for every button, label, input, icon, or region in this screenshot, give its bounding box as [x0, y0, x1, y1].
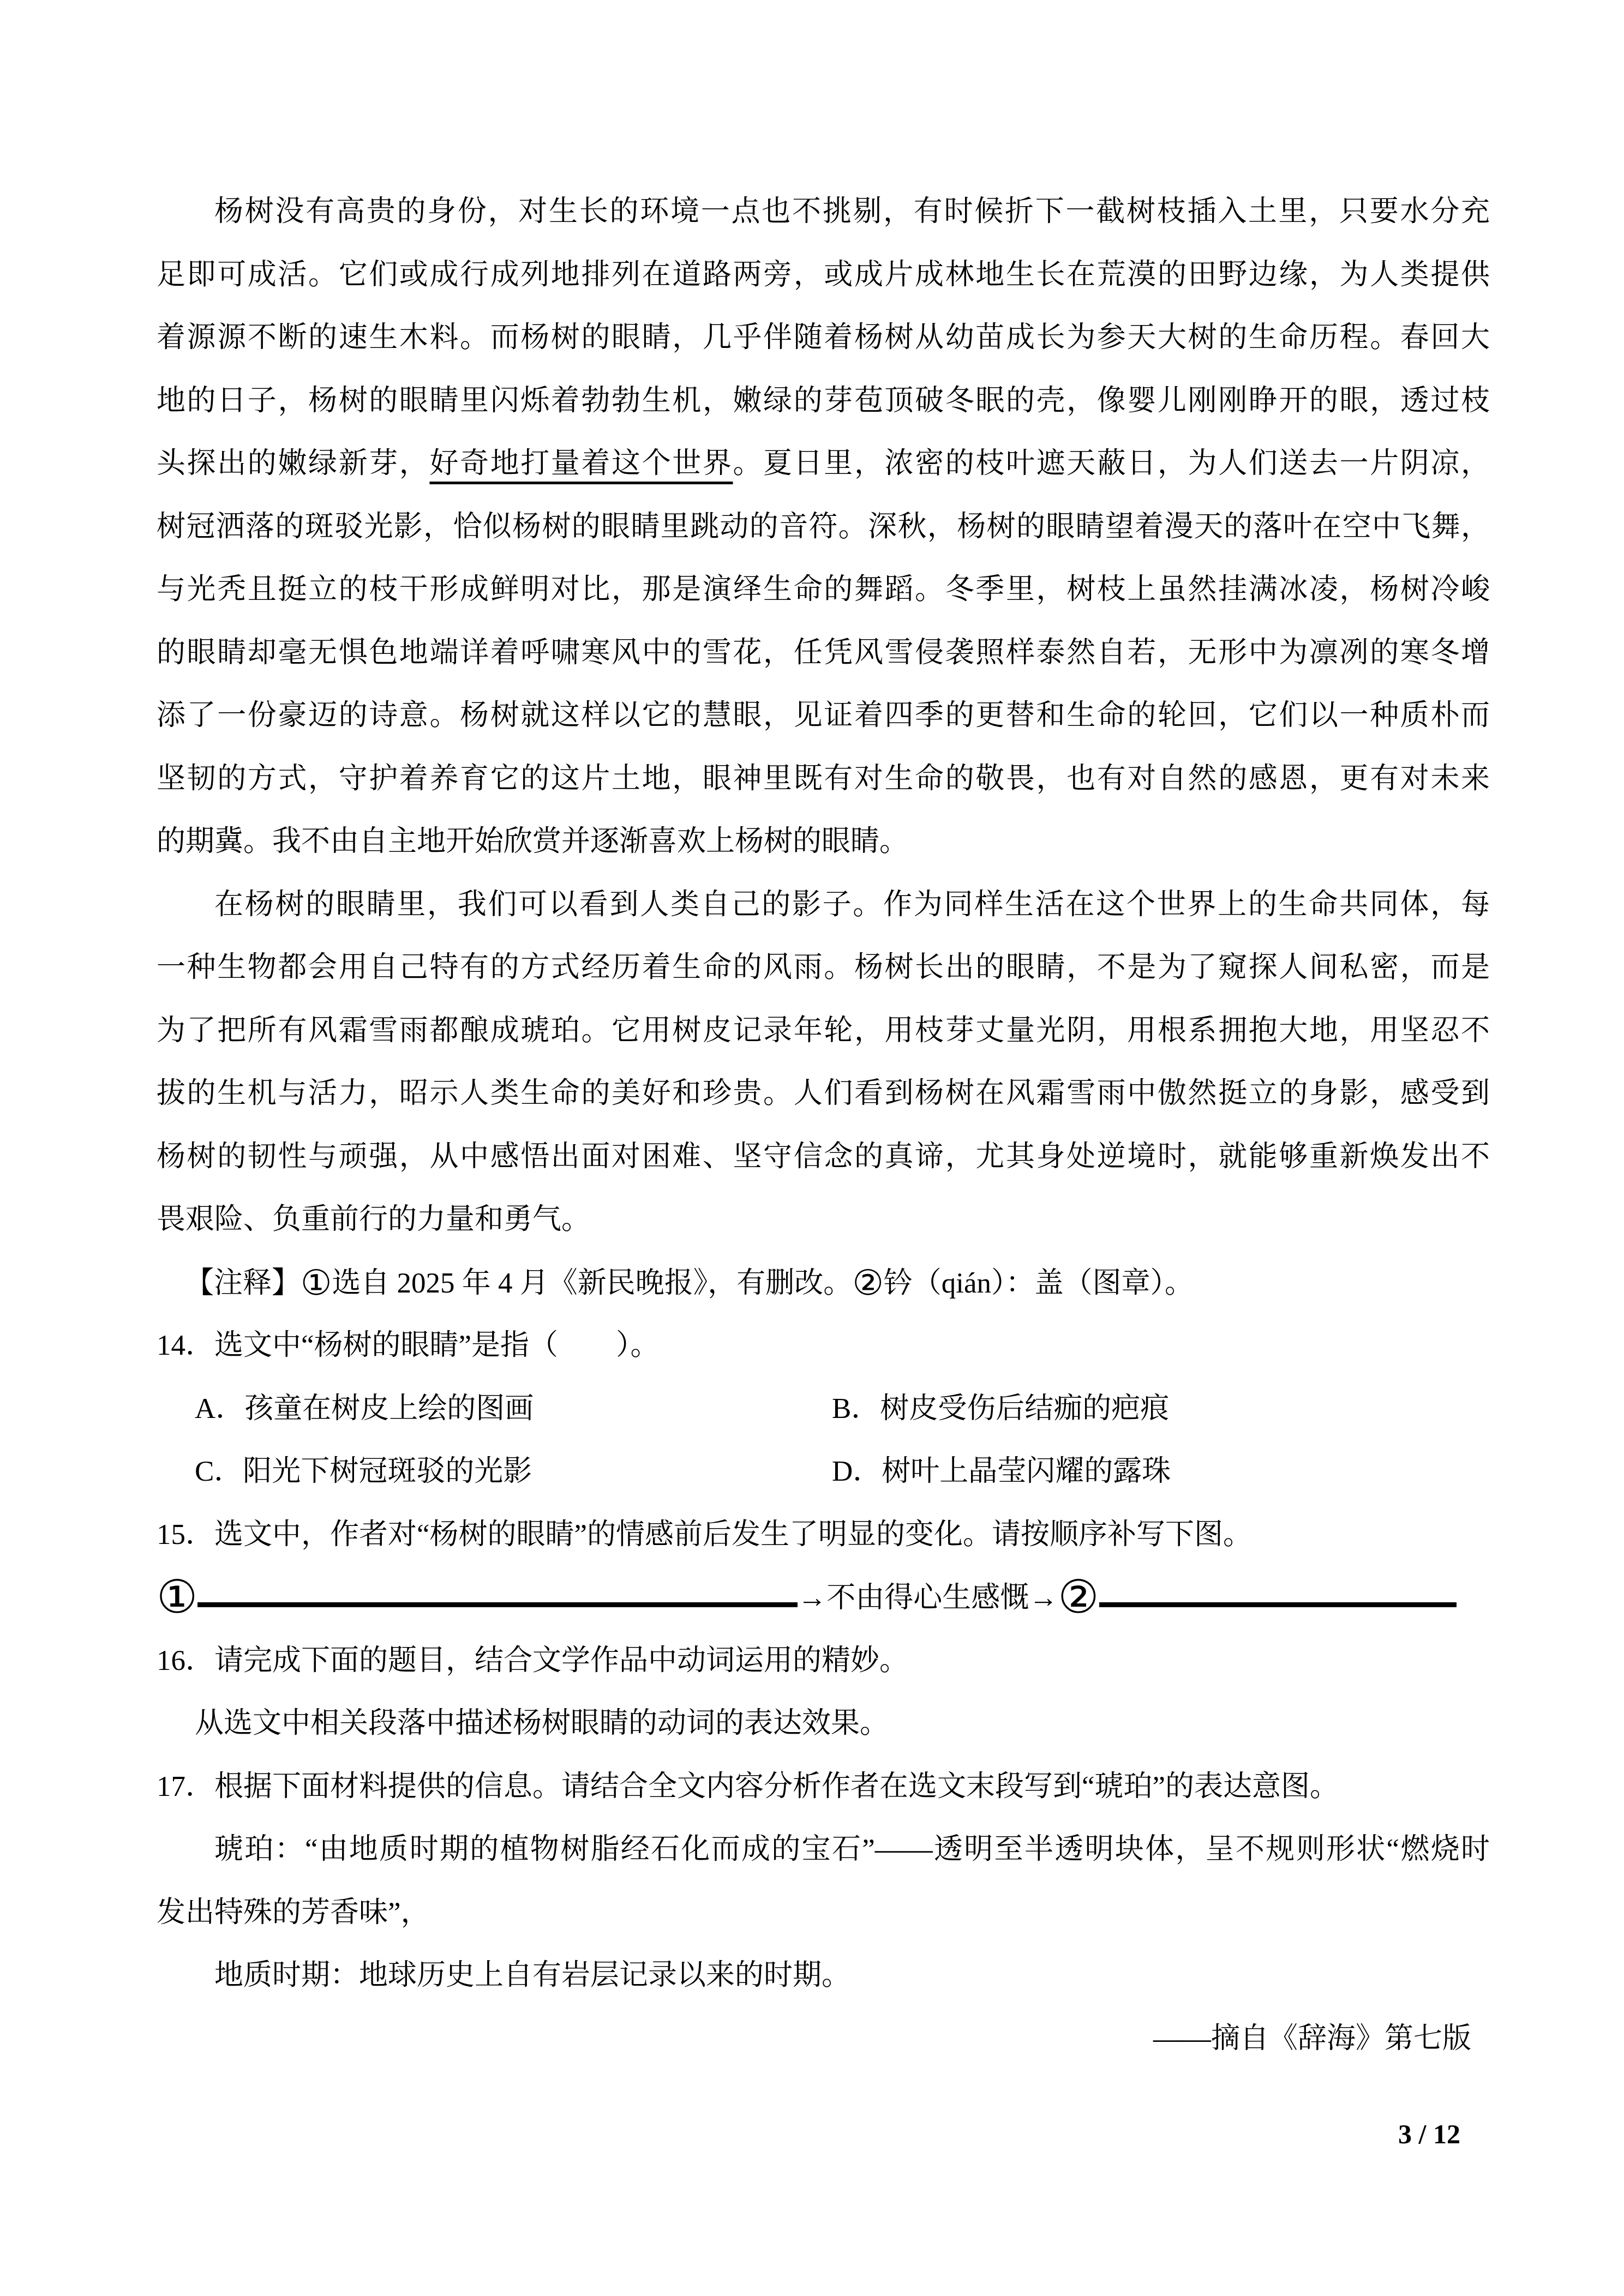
essay-paragraph2-line: 一种生物都会用自己特有的方式经历着生命的风雨。杨树长出的眼睛，不是为了窥探人间私…: [157, 936, 1490, 1000]
exam-page: 杨树没有高贵的身份，对生长的环境一点也不挑剔，有时候折下一截树枝插入土里，只要水…: [0, 0, 1624, 2296]
question-17-material-line: 发出特殊的芳香味”，: [157, 1882, 1490, 1945]
option-a: A．孩童在树皮上绘的图画: [195, 1393, 534, 1425]
essay-text: 头探出的嫩绿新芽，: [157, 448, 429, 479]
essay-paragraph1-line: 足即可成活。它们或成行成列地排列在道路两旁，或成片成林地生长在荒漠的田野边缘，为…: [157, 244, 1490, 307]
underlined-phrase: 好奇地打量着这个世界: [429, 448, 733, 479]
question-14-stem: 14．选文中“杨树的眼睛”是指（ ）。: [157, 1314, 1490, 1378]
page-number: 3 / 12: [1398, 2118, 1460, 2150]
essay-paragraph2-line: 杨树的韧性与顽强，从中感悟出面对困难、坚守信念的真谛，尤其身处逆境时，就能够重新…: [157, 1126, 1490, 1189]
essay-paragraph2-line: 拔的生机与活力，昭示人类生命的美好和珍贵。人们看到杨树在风霜雪雨中傲然挺立的身影…: [157, 1062, 1490, 1126]
essay-paragraph1-line-with-underline: 头探出的嫩绿新芽，好奇地打量着这个世界。夏日里，浓密的枝叶遮天蔽日，为人们送去一…: [157, 432, 1490, 496]
footnote-line: 【注释】①选自 2025 年 4 月《新民晚报》，有删改。②钤（qián）：盖（…: [157, 1252, 1490, 1315]
option-d: D．树叶上晶莹闪耀的露珠: [832, 1440, 1171, 1504]
circled-number-1-icon: ①: [301, 1264, 332, 1302]
question-17-stem: 17．根据下面材料提供的信息。请结合全文内容分析作者在选文末段写到“琥珀”的表达…: [157, 1756, 1490, 1819]
essay-paragraph2-line: 为了把所有风霜雪雨都酿成琥珀。它用树皮记录年轮，用枝芽丈量光阴，用根系拥抱大地，…: [157, 1000, 1490, 1063]
question-15-stem: 15．选文中，作者对“杨树的眼睛”的情感前后发生了明显的变化。请按顺序补写下图。: [157, 1504, 1490, 1567]
essay-paragraph1-line: 的眼睛却毫无惧色地端详着呼啸寒风中的雪花，任凭风雪侵袭照样泰然自若，无形中为凛冽…: [157, 622, 1490, 685]
question-16-subtask: 从选文中相关段落中描述杨树眼睛的动词的表达效果。: [157, 1692, 1490, 1756]
essay-paragraph2-line: 畏艰险、负重前行的力量和勇气。: [157, 1188, 1490, 1252]
question-15-diagram: ①→不由得心生感慨→②: [157, 1566, 1490, 1630]
footnote-text: 选自 2025 年 4 月《新民晚报》，有删改。: [332, 1267, 852, 1299]
essay-paragraph1-line: 树冠洒落的斑驳光影，恰似杨树的眼睛里跳动的音符。深秋，杨树的眼睛望着漫天的落叶在…: [157, 496, 1490, 559]
essay-paragraph1-line: 的期冀。我不由自主地开始欣赏并逐渐喜欢上杨树的眼睛。: [157, 810, 1490, 874]
footnote-label: 【注释】: [185, 1267, 301, 1299]
material-source-attribution: ——摘自《辞海》第七版: [157, 2008, 1490, 2071]
answer-blank-1: [197, 1602, 798, 1607]
option-b: B．树皮受伤后结痂的疤痕: [832, 1378, 1169, 1441]
footnote-text: 钤（qián）：盖（图章）。: [884, 1267, 1194, 1299]
question-14-options-row-2: C．阳光下树冠斑驳的光影D．树叶上晶莹闪耀的露珠: [157, 1440, 1490, 1504]
answer-blank-2: [1099, 1602, 1457, 1607]
exam-content: 杨树没有高贵的身份，对生长的环境一点也不挑剔，有时候折下一截树枝插入土里，只要水…: [157, 181, 1490, 2070]
question-16-stem: 16．请完成下面的题目，结合文学作品中动词运用的精妙。: [157, 1630, 1490, 1693]
essay-paragraph1-line: 地的日子，杨树的眼睛里闪烁着勃勃生机，嫩绿的芽苞顶破冬眠的壳，像婴儿刚刚睁开的眼…: [157, 370, 1490, 433]
essay-paragraph1-line: 与光秃且挺立的枝干形成鲜明对比，那是演绎生命的舞蹈。冬季里，树枝上虽然挂满冰凌，…: [157, 558, 1490, 622]
option-c: C．阳光下树冠斑驳的光影: [195, 1456, 532, 1487]
circled-number-2-icon: ②: [1058, 1572, 1099, 1623]
essay-paragraph1-line: 添了一份豪迈的诗意。杨树就这样以它的慧眼，见证着四季的更替和生命的轮回，它们以一…: [157, 684, 1490, 748]
essay-paragraph2-line: 在杨树的眼睛里，我们可以看到人类自己的影子。作为同样生活在这个世界上的生命共同体…: [157, 874, 1490, 937]
essay-text: 。夏日里，浓密的枝叶遮天蔽日，为人们送去一片阴凉，: [733, 448, 1490, 479]
circled-number-2-icon: ②: [852, 1264, 883, 1302]
question-14-options-row-1: A．孩童在树皮上绘的图画B．树皮受伤后结痂的疤痕: [157, 1378, 1490, 1441]
essay-paragraph1-line: 杨树没有高贵的身份，对生长的环境一点也不挑剔，有时候折下一截树枝插入土里，只要水…: [157, 181, 1490, 244]
question-17-material-line: 琥珀：“由地质时期的植物树脂经石化而成的宝石”——透明至半透明块体，呈不规则形状…: [157, 1818, 1490, 1882]
diagram-arrow-text: →不由得心生感慨→: [798, 1582, 1058, 1614]
essay-paragraph1-line: 坚韧的方式，守护着养育它的这片土地，眼神里既有对生命的敬畏，也有对自然的感恩，更…: [157, 748, 1490, 811]
question-17-material-line: 地质时期：地球历史上自有岩层记录以来的时期。: [157, 1944, 1490, 2008]
essay-paragraph1-line: 着源源不断的速生木料。而杨树的眼睛，几乎伴随着杨树从幼苗成长为参天大树的生命历程…: [157, 306, 1490, 370]
circled-number-1-icon: ①: [157, 1572, 197, 1623]
